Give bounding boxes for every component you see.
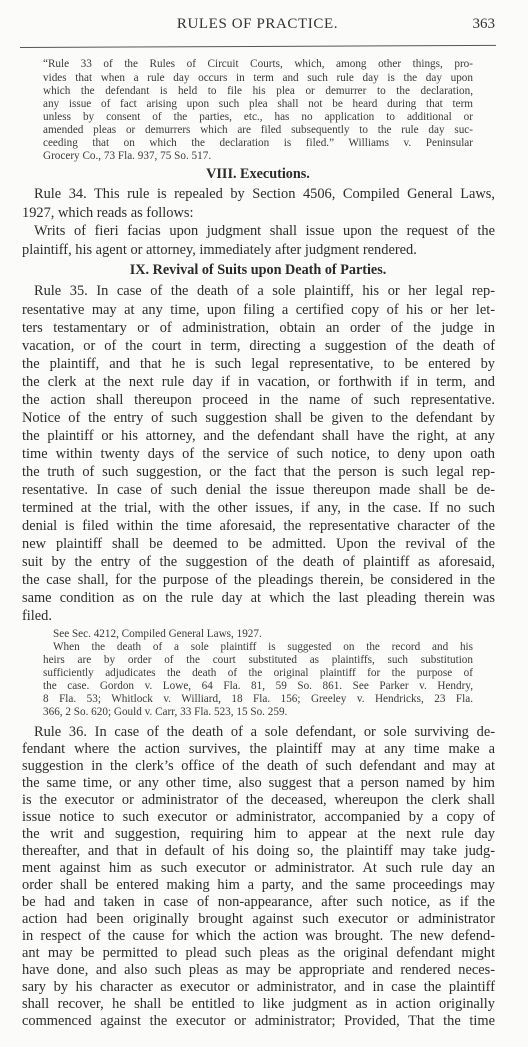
rule-35-line: ters testamentary or of administration, … — [22, 320, 495, 337]
note-line: heirs are by order of the court substitu… — [43, 654, 473, 666]
rule-36-line: ment against him as such executor or adm… — [22, 860, 495, 877]
note-line: When the death of a sole plaintiff is su… — [53, 641, 473, 653]
rule-35-line: termined at the trial, with the other is… — [22, 500, 495, 517]
section-heading-executions: VIII. Executions. — [20, 166, 496, 183]
quote-line: vides that when a rule day occurs in ter… — [43, 72, 473, 84]
rule-35-line: filed. — [22, 608, 495, 625]
rule-36-line: in respect of the cause for which the ac… — [22, 928, 495, 945]
rule-35-line: the truth of such suggestion, or the fac… — [22, 464, 495, 481]
rule-36-line: be had and taken in case of non-appearan… — [22, 894, 495, 911]
rule-35-line: Notice of the entry of such suggestion s… — [22, 410, 495, 427]
rule-36-line: fendant where the action survives, the p… — [22, 741, 495, 758]
section-heading-revival: IX. Revival of Suits upon Death of Parti… — [20, 262, 496, 279]
quote-line: amended pleas or demurrers which are fil… — [43, 124, 473, 136]
rule-35-line: suit by the entry of the suggestion of t… — [22, 554, 495, 571]
rule-34-quoted-line: Writs of fieri facias upon judgment shal… — [34, 223, 495, 240]
rule-35-line: the plaintiff or his attorney, and the d… — [22, 428, 495, 445]
header-rule — [20, 45, 496, 48]
page-number: 363 — [473, 16, 496, 33]
rule-35-line: the case shall, for the purpose of the p… — [22, 572, 495, 589]
quote-line: Grocery Co., 73 Fla. 937, 75 So. 517. — [43, 150, 473, 162]
rule-36-line: action had been originally brought again… — [22, 911, 495, 928]
note-line: 8 Fla. 53; Whitlock v. Williard, 18 Fla.… — [43, 693, 473, 705]
rule-36-line: issue notice to such executor or adminis… — [22, 809, 495, 826]
rule-35-line: the plaintiff, and that he is such legal… — [22, 356, 495, 373]
rule-36-line: shall recover, he shall be entitled to l… — [22, 996, 495, 1013]
rule-36-line: order shall be entered making him a part… — [22, 877, 495, 894]
running-title: RULES OF PRACTICE. — [20, 16, 495, 33]
rule-35-line: same condition as on the rule day at whi… — [22, 590, 495, 607]
quote-line: which the defendant is held to file his … — [43, 85, 473, 97]
rule-36-line: commenced against the executor or admini… — [22, 1013, 495, 1030]
note-line: the case. Gordon v. Lowe, 64 Fla. 81, 59… — [43, 680, 473, 692]
rule-35-line: new plaintiff shall be deemed to be admi… — [22, 536, 495, 553]
rule-35-line: vacation, or of the court in term, direc… — [22, 338, 495, 355]
quote-line: ceeding that on which the declaration is… — [43, 137, 473, 149]
rule-36-line: thereafter, and that in default of his d… — [22, 843, 495, 860]
rule-36-line: sary by his character as executor or adm… — [22, 979, 495, 996]
rule-36-line: have done, and also such pleas as may be… — [22, 962, 495, 979]
rule-36-line: suggestion in the clerk’s office of the … — [22, 758, 495, 775]
rule-35-line: the clerk at the next rule day if in vac… — [22, 374, 495, 391]
quote-line: “Rule 33 of the Rules of Circuit Courts,… — [43, 58, 473, 70]
rule-36-line: the writ and suggestion, requiring him t… — [22, 826, 495, 843]
note-line: 366, 2 So. 620; Gould v. Carr, 33 Fla. 5… — [43, 706, 473, 718]
rule-34-line: Rule 34. This rule is repealed by Sectio… — [34, 186, 495, 203]
rule-36-line: is the executor or administrator of the … — [22, 792, 495, 809]
running-head: RULES OF PRACTICE. 363 — [20, 16, 495, 36]
rule-34-line: 1927, which reads as follows: — [22, 205, 495, 222]
note-line: See Sec. 4212, Compiled General Laws, 19… — [53, 628, 473, 640]
rule-35-line: time within twenty days of the service o… — [22, 446, 495, 463]
rule-35-line: the action shall thereupon proceed in th… — [22, 392, 495, 409]
note-line: sufficiently adjudicates the death of th… — [43, 667, 473, 679]
rule-36-line: Rule 36. In case of the death of a sole … — [34, 724, 495, 741]
rule-36-line: the same time, or any other time, also s… — [22, 775, 495, 792]
document-page: RULES OF PRACTICE. 363 “Rule 33 of the R… — [0, 0, 528, 1047]
rule-35-line: denial is filed within the time aforesai… — [22, 518, 495, 535]
rule-35-line: resentative. In case of such denial the … — [22, 482, 495, 499]
rule-34-quoted-line: plaintiff, his agent or attorney, immedi… — [22, 242, 495, 259]
rule-35-line: Rule 35. In case of the death of a sole … — [34, 283, 495, 300]
quote-line: any issue of fact arising upon such plea… — [43, 98, 473, 110]
quote-line: unless by consent of the parties, etc., … — [43, 111, 473, 123]
rule-35-line: resentative may at any time, upon filing… — [22, 302, 495, 319]
rule-36-line: ant may be permitted to plead such pleas… — [22, 945, 495, 962]
